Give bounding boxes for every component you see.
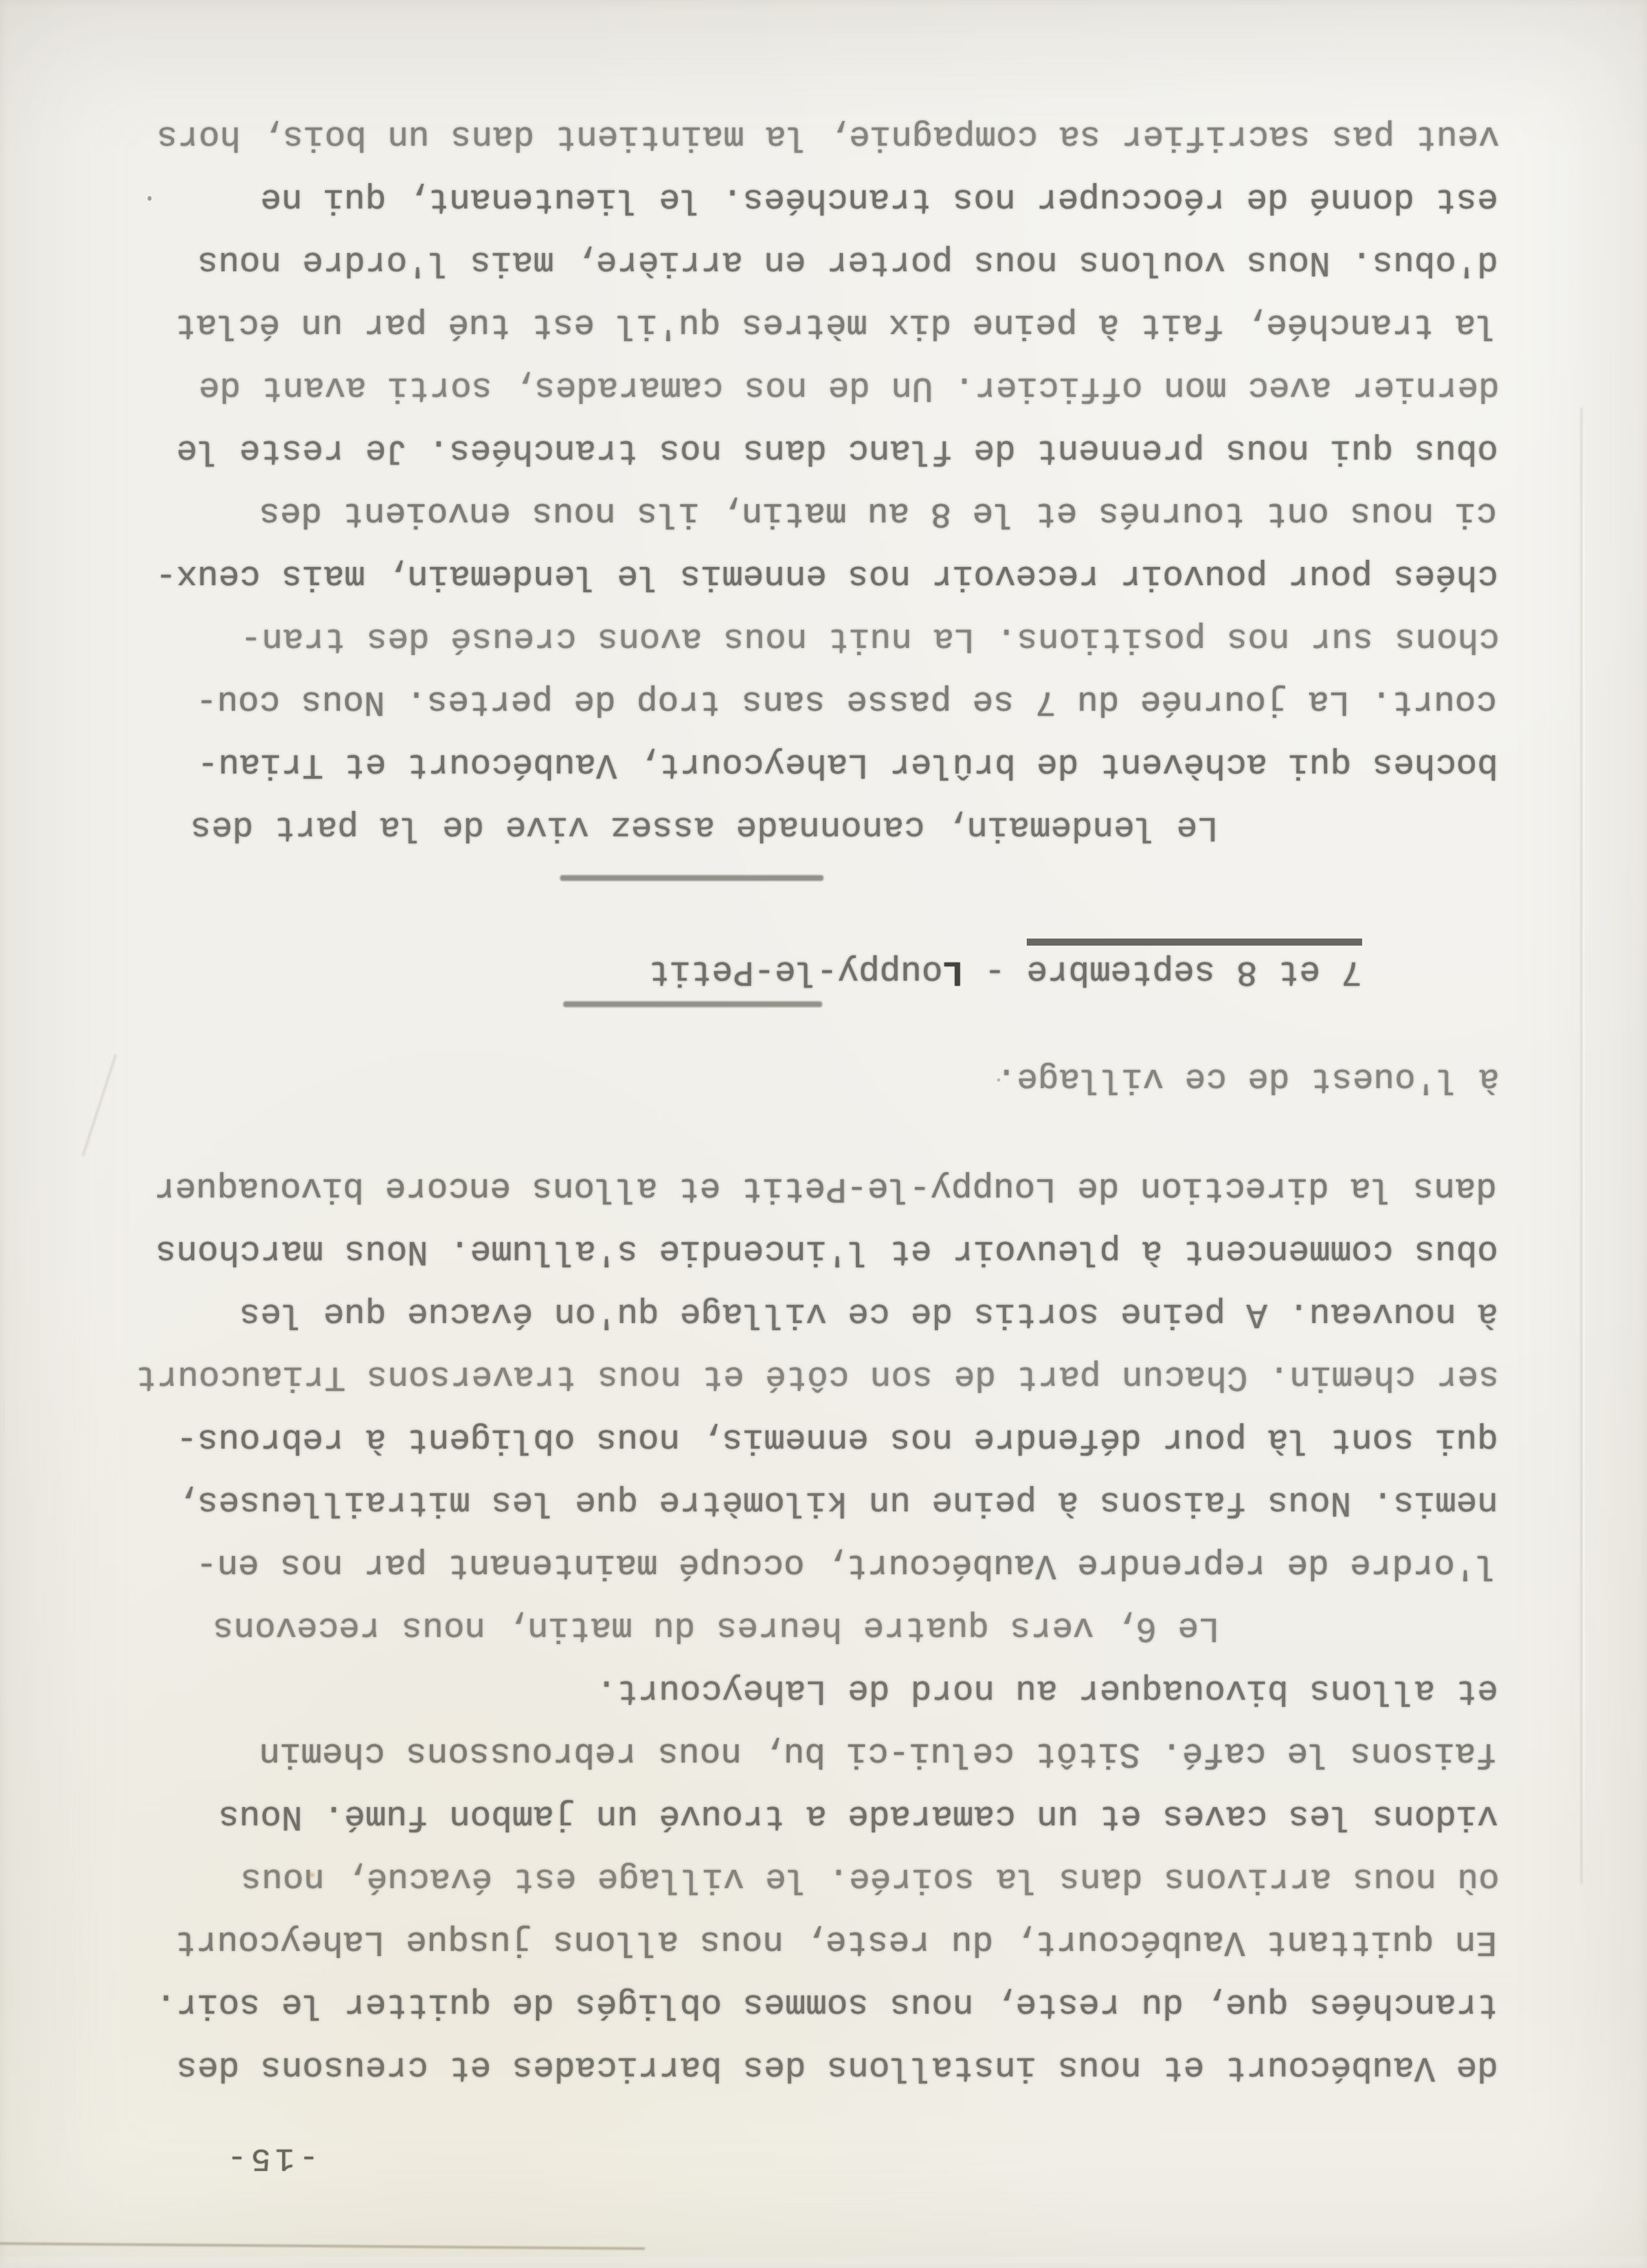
- typewritten-line: obus qui nous prennent de flanc dans nos…: [87, 419, 1498, 482]
- typewritten-line: et allons bivouaquer au nord de Laheycou…: [87, 1659, 1498, 1722]
- heading-separator: -: [963, 951, 1026, 991]
- typewritten-line-paragraph-start: Le lendemain, canonnade assez vive de la…: [87, 795, 1498, 858]
- typewritten-line: dernier avec mon officier. Un de nos cam…: [88, 356, 1499, 419]
- typewritten-line: En quittant Vaubécourt, du reste, nous a…: [85, 1910, 1497, 1973]
- scanned-page: -15- de Vaubécourt et nous installons de…: [0, 0, 1647, 2268]
- typewritten-line-paragraph-start: Le 6, vers quatre heures du matin, nous …: [88, 1596, 1499, 1659]
- typewritten-line: ci nous ont tournés et le 8 au matin, il…: [85, 482, 1497, 544]
- section-heading: 7 et 8 septembre - Louppy-le-Petit: [649, 939, 1362, 994]
- typewritten-line: qui sont là pour défendre nos ennemis, n…: [87, 1408, 1498, 1471]
- paragraph-block-lower: Le lendemain, canonnade assez vive de la…: [87, 105, 1498, 858]
- typewritten-line: à l'ouest de ce village.: [88, 1047, 1499, 1110]
- typewritten-line: est donné de réoccuper nos tranchées. le…: [87, 168, 1498, 230]
- page-number: -15-: [223, 2139, 319, 2176]
- typewritten-line: nemis. Nous faisons à peine un kilomètre…: [87, 1471, 1498, 1533]
- typewritten-line: vidons les caves et un camarade a trouvé…: [87, 1784, 1498, 1847]
- heading-place: ouppy-le-Petit: [649, 951, 943, 991]
- typewritten-line: à nouveau. A peine sortis de ce village …: [87, 1282, 1498, 1345]
- paragraph-block-upper: de Vaubécourt et nous installons des bar…: [87, 1047, 1498, 2098]
- typewritten-line: de Vaubécourt et nous installons des bar…: [87, 2036, 1498, 2098]
- heading-place-initial: L: [943, 951, 963, 991]
- heading-date: 7 et 8 septembre: [1027, 939, 1362, 994]
- typewritten-line: d'obus. Nous voulons nous porter en arri…: [87, 230, 1498, 293]
- typewritten-line: où nous arrivons dans la soirée. le vill…: [88, 1847, 1499, 1910]
- typewritten-line: l'ordre de reprendre Vaubécourt, occupé …: [85, 1533, 1497, 1596]
- typewritten-line: chées pour pouvoir recevoir nos ennemis …: [87, 544, 1498, 607]
- typewritten-line: boches qui achèvent de brûler Laheycourt…: [87, 733, 1498, 795]
- typewritten-line: tranchées que, du reste, nous sommes obl…: [87, 1973, 1498, 2036]
- typewritten-line: ser chemin. Chacun part de son côté et n…: [88, 1345, 1499, 1408]
- typewritten-line: faisons le café. Sitôt celui-ci bu, nous…: [85, 1722, 1497, 1784]
- typewritten-line: la tranchée, fait à peine dix mètres qu'…: [85, 293, 1497, 356]
- heading-rule-below: [560, 875, 823, 881]
- typewritten-line: dans la direction de Louppy-le-Petit et …: [85, 1157, 1497, 1219]
- typewritten-line: obus commencent à pleuvoir et l'incendie…: [87, 1219, 1498, 1282]
- typewritten-line: chons sur nos positions. La nuit nous av…: [88, 607, 1499, 670]
- typewritten-line: veut pas sacrifier sa compagnie, la main…: [88, 105, 1499, 168]
- heading-rule-above: [563, 1001, 822, 1007]
- rotated-typescript: -15- de Vaubécourt et nous installons de…: [0, 0, 1647, 2268]
- typewritten-line: court. La journée du 7 se passe sans tro…: [85, 670, 1497, 733]
